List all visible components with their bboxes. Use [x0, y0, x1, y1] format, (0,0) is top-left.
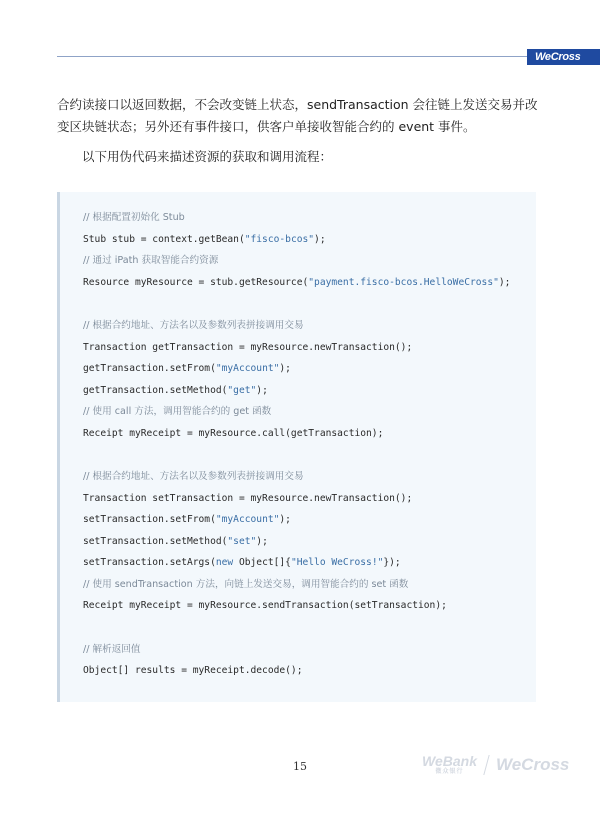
code-line: setTransaction.setMethod("set");	[83, 535, 268, 549]
body-paragraph: 合约读接口以返回数据，不会改变链上状态，sendTransaction 会往链上…	[57, 94, 547, 138]
code-string: "myAccount"	[216, 514, 280, 525]
code-comment: // 通过 iPath 获取智能合约资源	[83, 254, 218, 268]
code-text: );	[499, 277, 511, 288]
code-text: setTransaction.setArgs(	[83, 557, 216, 568]
code-line: Stub stub = context.getBean("fisco-bcos"…	[83, 233, 326, 247]
webank-logo-subtext: 微众银行	[435, 769, 463, 775]
footer-logos: WeBank 微众银行 WeCross	[422, 754, 569, 775]
code-text: );	[256, 536, 268, 547]
code-string: "set"	[227, 536, 256, 547]
code-text: });	[383, 557, 400, 568]
code-line: setTransaction.setFrom("myAccount");	[83, 513, 291, 527]
code-text: getTransaction.setMethod(	[83, 385, 227, 396]
code-string: "get"	[227, 385, 256, 396]
header-rule	[57, 56, 527, 57]
code-comment: // 使用 call 方法，调用智能合约的 get 函数	[83, 405, 271, 419]
webank-logo: WeBank 微众银行	[422, 754, 477, 775]
code-string: "myAccount"	[216, 363, 280, 374]
code-text: Object[]{	[233, 557, 291, 568]
body-paragraph-intro: 以下用伪代码来描述资源的获取和调用流程：	[82, 146, 572, 168]
code-comment: // 使用 sendTransaction 方法，向链上发送交易，调用智能合约的…	[83, 578, 408, 592]
code-line: Receipt myReceipt = myResource.sendTrans…	[83, 599, 447, 613]
code-line: Transaction getTransaction = myResource.…	[83, 341, 412, 355]
webank-logo-text: WeBank	[422, 754, 477, 768]
code-text: setTransaction.setFrom(	[83, 514, 216, 525]
code-text: );	[314, 234, 326, 245]
page-number: 15	[293, 760, 307, 773]
code-comment: // 解析返回值	[83, 643, 140, 657]
footer-divider	[483, 755, 489, 775]
code-string: "payment.fisco-bcos.HelloWeCross"	[308, 277, 499, 288]
code-comment: // 根据合约地址、方法名以及参数列表拼接调用交易	[83, 319, 304, 333]
code-keyword: new	[216, 557, 233, 568]
code-comment: // 根据配置初始化 Stub	[83, 211, 185, 225]
code-text: );	[279, 514, 291, 525]
code-line: Transaction setTransaction = myResource.…	[83, 492, 412, 506]
code-text: Stub stub = context.getBean(	[83, 234, 245, 245]
code-comment: // 根据合约地址、方法名以及参数列表拼接调用交易	[83, 470, 304, 484]
code-line: Receipt myReceipt = myResource.call(getT…	[83, 427, 383, 441]
code-text: Resource myResource = stub.getResource(	[83, 277, 308, 288]
wecross-footer-logo: WeCross	[496, 755, 569, 775]
code-text: getTransaction.setFrom(	[83, 363, 216, 374]
code-text: );	[279, 363, 291, 374]
code-text: setTransaction.setMethod(	[83, 536, 227, 547]
code-line: getTransaction.setFrom("myAccount");	[83, 362, 291, 376]
code-text: Receipt myReceipt = myResource.call(getT…	[83, 428, 383, 439]
code-text: );	[256, 385, 268, 396]
code-block: // 根据配置初始化 Stub Stub stub = context.getB…	[57, 192, 536, 702]
code-line: Object[] results = myReceipt.decode();	[83, 664, 303, 678]
code-line: setTransaction.setArgs(new Object[]{"Hel…	[83, 556, 401, 570]
code-string: "fisco-bcos"	[245, 234, 314, 245]
code-line: Resource myResource = stub.getResource("…	[83, 276, 510, 290]
code-text: Object[] results = myReceipt.decode();	[83, 665, 303, 676]
code-text: Receipt myReceipt = myResource.sendTrans…	[83, 600, 447, 611]
code-text: Transaction getTransaction = myResource.…	[83, 342, 412, 353]
code-text: Transaction setTransaction = myResource.…	[83, 493, 412, 504]
code-string: "Hello WeCross!"	[291, 557, 383, 568]
wecross-header-logo: WeCross	[527, 49, 600, 65]
code-line: getTransaction.setMethod("get");	[83, 384, 268, 398]
